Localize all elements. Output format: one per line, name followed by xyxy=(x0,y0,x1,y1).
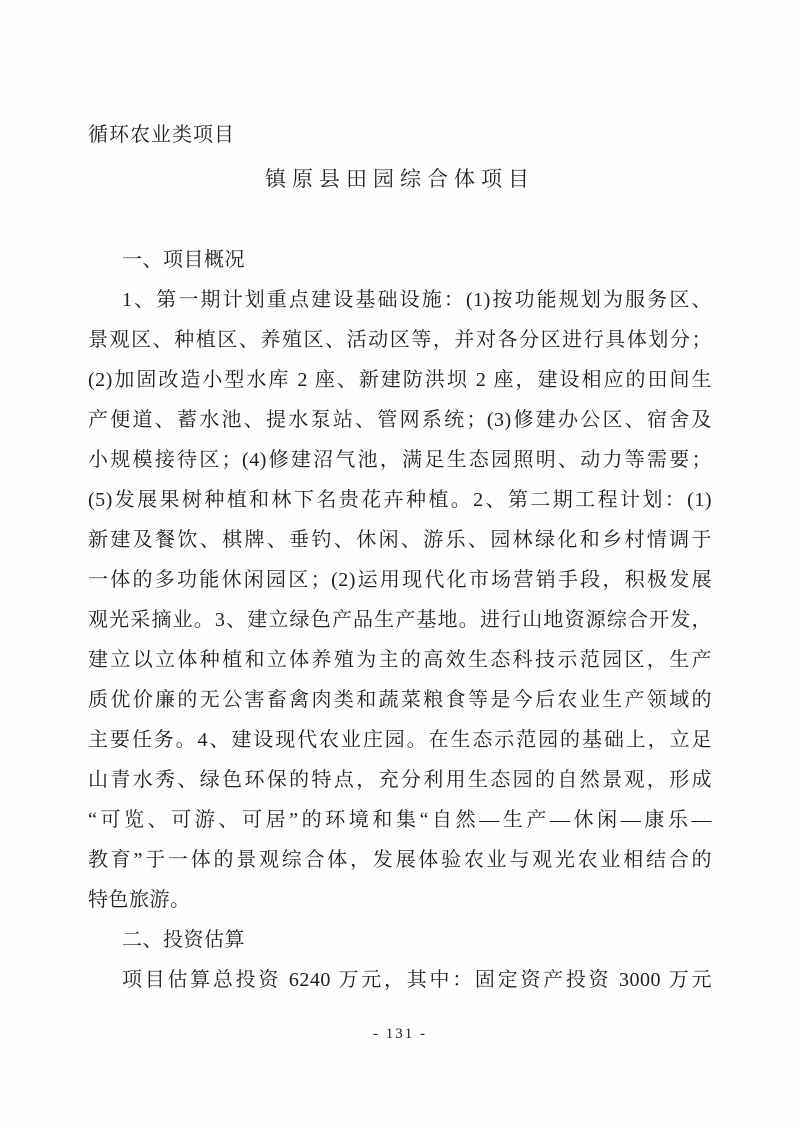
section-1-heading: 一、项目概况 xyxy=(88,240,712,280)
body-line: 景观区、种植区、养殖区、活动区等，并对各分区进行具体划分； xyxy=(88,320,712,360)
body-line: 1、第一期计划重点建设基础设施：(1)按功能规划为服务区、 xyxy=(88,280,712,320)
body-line: “可览、可游、可居”的环境和集“自然—生产—休闲—康乐— xyxy=(88,800,712,840)
body-line: 观光采摘业。3、建立绿色产品生产基地。进行山地资源综合开发， xyxy=(88,600,712,640)
body-line: 产便道、蓄水池、提水泵站、管网系统；(3)修建办公区、宿舍及 xyxy=(88,400,712,440)
body-line: 主要任务。4、建设现代农业庄园。在生态示范园的基础上，立足 xyxy=(88,720,712,760)
body-line: 一体的多功能休闲园区；(2)运用现代化市场营销手段，积极发展 xyxy=(88,560,712,600)
body-line: 山青水秀、绿色环保的特点，充分利用生态园的自然景观，形成 xyxy=(88,760,712,800)
document-title: 镇原县田园综合体项目 xyxy=(88,165,712,193)
page-number: - 131 - xyxy=(0,1026,800,1043)
body-line: 新建及餐饮、棋牌、垂钓、休闲、游乐、园林绿化和乡村情调于 xyxy=(88,520,712,560)
category-label: 循环农业类项目 xyxy=(88,123,712,147)
body-line: 建立以立体种植和立体养殖为主的高效生态科技示范园区，生产 xyxy=(88,640,712,680)
body-line: (5)发展果树种植和林下名贵花卉种植。2、第二期工程计划：(1) xyxy=(88,480,712,520)
body-line: 小规模接待区；(4)修建沼气池，满足生态园照明、动力等需要； xyxy=(88,440,712,480)
document-body: 一、项目概况1、第一期计划重点建设基础设施：(1)按功能规划为服务区、景观区、种… xyxy=(88,240,712,1000)
body-line: 项目估算总投资 6240 万元，其中：固定资产投资 3000 万元 xyxy=(88,960,712,1000)
section-2-heading: 二、投资估算 xyxy=(88,920,712,960)
document-page: 循环农业类项目 镇原县田园综合体项目 一、项目概况1、第一期计划重点建设基础设施… xyxy=(0,0,800,1131)
body-line: 教育”于一体的景观综合体，发展体验农业与观光农业相结合的 xyxy=(88,840,712,880)
body-line: (2)加固改造小型水库 2 座、新建防洪坝 2 座，建设相应的田间生 xyxy=(88,360,712,400)
body-line: 质优价廉的无公害畜禽肉类和蔬菜粮食等是今后农业生产领域的 xyxy=(88,680,712,720)
body-line: 特色旅游。 xyxy=(88,880,712,920)
